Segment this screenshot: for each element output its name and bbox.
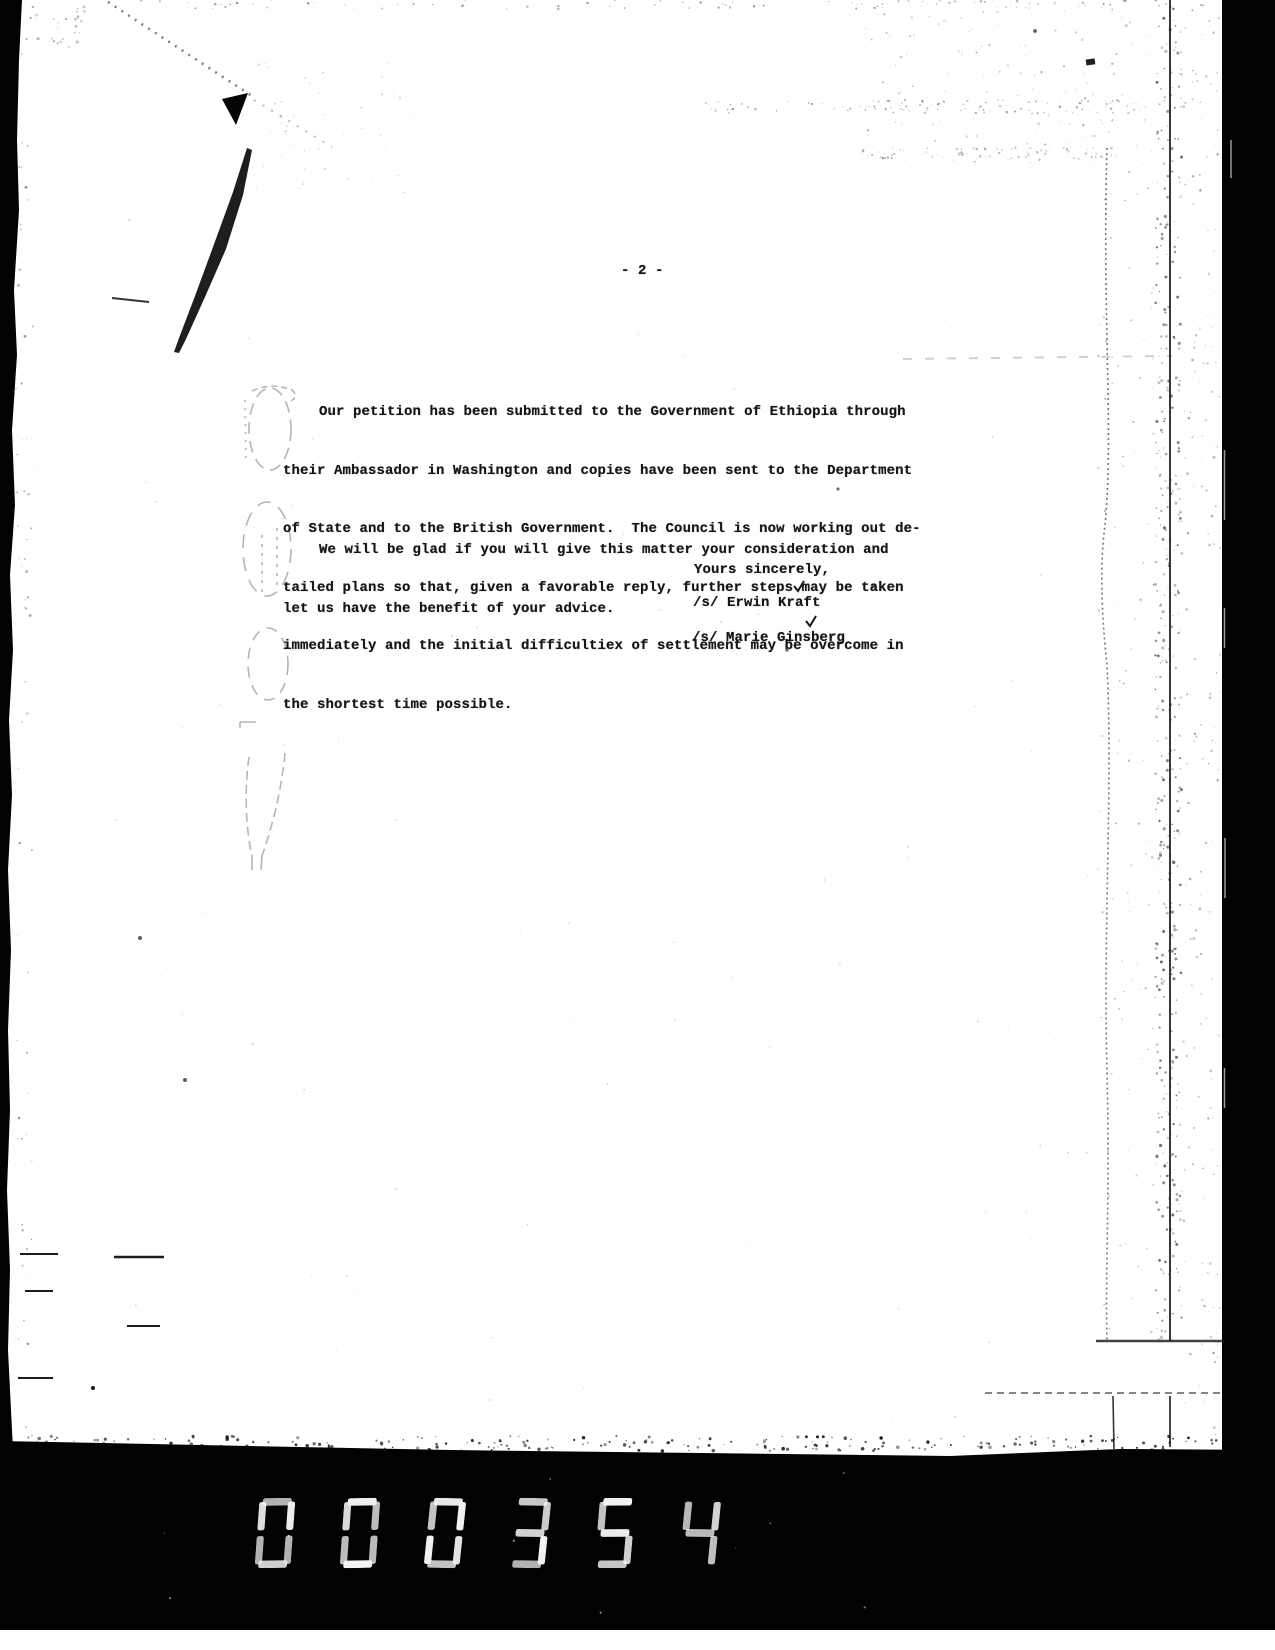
- counter-digit-2: [423, 1498, 466, 1569]
- counter-digit-5: [678, 1498, 721, 1568]
- faint-horizontal-crease: [903, 356, 1172, 359]
- counter-digit-1: [339, 1498, 380, 1569]
- film-border-bottom: [0, 1441, 1275, 1630]
- film-border-left: [0, 0, 22, 1450]
- seven-segment-digit: [594, 1498, 636, 1568]
- closing-salutation: Yours sincerely,: [694, 561, 830, 581]
- letter-line: We will be glad if you will give this ma…: [283, 541, 889, 561]
- film-edge-noise: [7, 1435, 1267, 1614]
- letter-line: the shortest time possible.: [283, 696, 921, 716]
- signature-marie-ginsberg: /s/ Marie Ginsberg: [692, 629, 845, 649]
- fold-triangle-mark: [222, 93, 248, 125]
- microfilm-scan-frame: { "colors": { "paper": "#ffffff", "ink":…: [0, 0, 1275, 1650]
- fold-crease-artifacts: [108, 2, 332, 353]
- seven-segment-digit: [423, 1498, 466, 1569]
- fold-streak-mark: [174, 148, 252, 353]
- signature-erwin-kraft: /s/ Erwin Kraft: [693, 594, 821, 614]
- film-edge-lines: [985, 0, 1222, 1449]
- film-border-right: [1222, 0, 1275, 1630]
- seven-segment-digit: [254, 1498, 295, 1569]
- film-white-ticks: [1225, 140, 1232, 1108]
- frame-counter: [0, 0, 1275, 1650]
- seven-segment-digit: [508, 1498, 551, 1569]
- page-number: - 2 -: [621, 262, 664, 282]
- counter-digit-3: [508, 1498, 551, 1569]
- letter-line: Our petition has been submitted to the G…: [283, 403, 921, 423]
- letter-line: their Ambassador in Washington and copie…: [283, 462, 921, 482]
- counter-digit-4: [594, 1498, 636, 1568]
- scan-artifact-layer: [0, 0, 1275, 1650]
- counter-digit-0: [254, 1498, 295, 1569]
- seven-segment-digit: [678, 1498, 721, 1568]
- seven-segment-digit: [339, 1498, 380, 1569]
